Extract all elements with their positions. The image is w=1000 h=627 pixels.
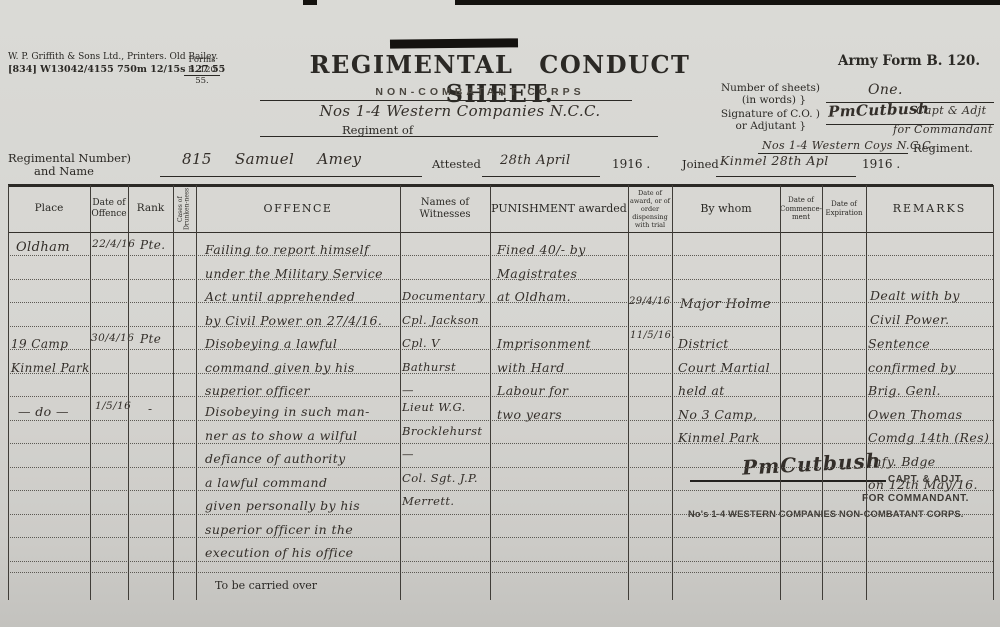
signature-rule [690, 480, 886, 482]
ruled-dotted-line [8, 373, 993, 374]
underline [260, 100, 632, 101]
ruled-dotted-line [8, 255, 993, 256]
forms-box: Forms B. 120 55. [184, 55, 220, 87]
regiment-name-handwritten: Nos 1-4 Western Companies N.C.C. [270, 102, 650, 120]
joined-label: Joined [682, 157, 719, 171]
ruled-dotted-line [8, 302, 993, 303]
cell-rank: - [148, 402, 152, 416]
ruled-dotted-line [8, 490, 993, 491]
cell-offence: Disobeying in such man- ner as to show a… [205, 400, 370, 565]
cell-place: Oldham [16, 240, 70, 255]
conduct-sheet-page: W. P. Griffith & Sons Ltd., Printers. Ol… [0, 0, 1000, 627]
attested-year: 1916 . [612, 157, 650, 171]
ruled-dotted-line [8, 514, 993, 515]
column-line [8, 185, 9, 600]
cell-rank: Pte. [140, 238, 165, 252]
ruled-dotted-line [8, 326, 993, 327]
ruled-dotted-line [8, 467, 993, 468]
stamp-for-commandant: FOR COMMANDANT. [862, 493, 969, 504]
header-date-of-award: Date of award, or of order dispensing wi… [629, 186, 671, 232]
header-offence: OFFENCE [197, 186, 399, 232]
soldier-number-name-handwritten: 815 Samuel Amey [182, 150, 361, 168]
column-line [822, 185, 823, 600]
sheets-label-line1: Number of sheets) [690, 82, 820, 94]
signature-label: Signature of C.O. ) or Adjutant } [690, 108, 820, 132]
cell-witnesses: Lieut W.G. Brocklehurst — Col. Sgt. J.P.… [402, 396, 482, 514]
column-line [173, 185, 174, 600]
co-signature-handwritten: PmCutbush [828, 99, 930, 121]
column-line [780, 185, 781, 600]
column-line [628, 185, 629, 600]
attested-label: Attested [432, 157, 481, 171]
column-line [490, 185, 491, 600]
column-line [993, 185, 994, 600]
signature-label-line1: Signature of C.O. ) [690, 108, 820, 120]
ruled-dotted-line [8, 572, 993, 573]
sheets-value-handwritten: One. [868, 82, 903, 98]
joined-year: 1916 . [862, 157, 900, 171]
cell-award-date: 11/5/16. [630, 330, 675, 341]
header-date-of-commencement: Date of Commence-ment [781, 186, 821, 232]
cell-punishment: Fined 40/- by Magistrates at Oldham. [497, 238, 586, 309]
cell-offence: Disobeying a lawful command given by his… [205, 332, 355, 403]
header-place: Place [9, 186, 89, 232]
cell-date: 1/5/16 [95, 400, 131, 412]
underline [716, 176, 856, 177]
column-line [866, 185, 867, 600]
forms-series: 55. [184, 76, 220, 86]
ruled-dotted-line [8, 420, 993, 421]
ruled-dotted-line [8, 279, 993, 280]
scan-artifact-bar [390, 38, 518, 48]
underline [260, 136, 658, 137]
attested-date-handwritten: 28th April [500, 153, 571, 168]
signature-for-handwritten: for Commandant [893, 123, 993, 136]
regiment-of-label: Regiment of [342, 123, 413, 137]
ruled-dotted-line [8, 443, 993, 444]
carry-over-label: To be carried over [215, 579, 317, 592]
underline [160, 176, 422, 177]
sheets-label: Number of sheets) (in words) } [690, 82, 820, 106]
regiment-right-label: Regiment. [913, 141, 973, 155]
corps-subtitle-stamp: NON-COMBATANT CORPS [280, 86, 680, 98]
header-cases-of-drunkenness: Cases of Drunken-ness [174, 186, 195, 232]
cell-place: — do — [18, 404, 69, 419]
cell-punishment: Imprisonment with Hard Labour for two ye… [497, 332, 591, 426]
soldier-reg-label2: and Name [34, 164, 94, 178]
cell-rank: Pte [140, 332, 161, 346]
cell-remarks: Sentence confirmed by Brig. Genl. Owen T… [868, 332, 989, 497]
ruled-dotted-line [8, 349, 993, 350]
cell-offence: Failing to report himself under the Mili… [205, 238, 383, 332]
header-punishment-awarded: PUNISHMENT awarded [491, 186, 627, 232]
column-line [128, 185, 129, 600]
sheets-label-line2: (in words) } [690, 94, 820, 106]
scan-artifact-top-strip [455, 0, 1000, 5]
regiment-right-handwritten: Nos 1-4 Western Coys N.C.C. [762, 139, 935, 152]
header-by-whom: By whom [673, 186, 779, 232]
underline [482, 176, 600, 177]
column-line [196, 185, 197, 600]
ruled-dotted-line [8, 396, 993, 397]
soldier-reg-label1: Regimental Number) [8, 151, 131, 165]
column-line [400, 185, 401, 600]
ruled-dotted-line [8, 561, 993, 562]
joined-date-handwritten: Kinmel 28th Apl [720, 153, 829, 168]
table-header-border [8, 232, 993, 233]
army-form-number: Army Form B. 120. [820, 53, 998, 69]
scan-artifact-blob [303, 0, 317, 5]
cell-remarks: Dealt with by Civil Power. [870, 284, 960, 331]
cell-by-whom: Major Holme [680, 297, 771, 312]
adjutant-signature-handwritten: PmCutbush [741, 448, 881, 479]
signature-label-line2: or Adjutant } [690, 120, 820, 132]
header-rank: Rank [129, 186, 172, 232]
forms-label: Forms [184, 55, 220, 65]
forms-number: B. 120 [184, 65, 220, 76]
header-names-of-witnesses: Names of Witnesses [401, 186, 489, 232]
header-remarks: REMARKS [867, 186, 992, 232]
header-date-of-offence: Date of Offence [91, 186, 127, 232]
stamp-capt-adjt: CAPT. & ADJT. [888, 474, 964, 485]
signature-rank-handwritten: Capt & Adjt [916, 104, 986, 117]
header-date-of-expiration: Date of Expiration [823, 186, 865, 232]
column-line [672, 185, 673, 600]
column-line [90, 185, 91, 600]
ruled-dotted-line [8, 537, 993, 538]
cell-witnesses: Cpl. V Bathurst — [402, 332, 456, 403]
